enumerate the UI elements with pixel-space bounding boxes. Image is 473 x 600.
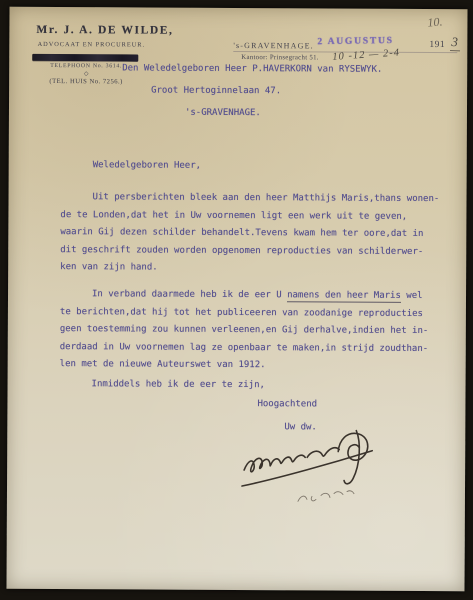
paragraph-2-line: derdaad in Uw voornemen lag ze openbaar … — [60, 339, 440, 358]
dateline-year-handwritten: 3 — [450, 34, 460, 51]
letterhead-home-telephone: (TEL. HUIS No. 7256.) — [31, 78, 141, 86]
dateline-city: 's-GRAVENHAGE. — [233, 41, 314, 50]
paragraph-2-line: In verband daarmede heb ik de eer U name… — [60, 286, 440, 305]
office-hours-handwritten: 10 -12 — 2-4 — [332, 47, 400, 62]
underlined-phrase: namens den heer Maris — [287, 290, 401, 303]
date-stamp: 2 AUGUSTUS — [317, 36, 393, 47]
paragraph-1: Uit persberichten bleek aan den heer Mat… — [60, 189, 440, 278]
pencil-note-handwriting — [295, 489, 357, 507]
recipient-line-3: 's-GRAVENHAGE. — [185, 108, 261, 118]
recipient-line-2: Groot Hertoginnelaan 47. — [151, 86, 281, 97]
paragraph-1-line: dit geschrift zouden worden opgenomen re… — [60, 242, 440, 261]
paragraph-1-line: Uit persberichten bleek aan den heer Mat… — [60, 189, 440, 208]
paragraph-2-line: te berichten,dat hij tot het publiceeren… — [60, 304, 440, 323]
dateline-year-printed: 191 — [429, 40, 445, 50]
paragraph-2-text: In verband daarmede heb ik de eer U — [92, 289, 287, 300]
closing-line-1: Inmiddels heb ik de eer te zijn, — [92, 379, 265, 390]
redaction-bar — [32, 54, 138, 62]
letterhead-title: ADVOCAAT EN PROCUREUR. — [31, 41, 151, 49]
paragraph-1-line: ken van zijn hand. — [60, 259, 440, 278]
salutation: Weledelgeboren Heer, — [93, 160, 201, 171]
recipient-line-1: Den Weledelgeboren Heer P.HAVERKORN van … — [122, 63, 382, 74]
letterhead-name: Mr. J. A. DE WILDE, — [36, 24, 173, 37]
paragraph-1-line: de te Londen,dat het in Uw voornemen lig… — [60, 207, 440, 226]
paragraph-2-line: len met de nieuwe Auteurswet van 1912. — [60, 356, 440, 375]
paragraph-2-text: wel — [401, 291, 423, 301]
scanned-letter-photo: Mr. J. A. DE WILDE, ADVOCAAT EN PROCUREU… — [0, 0, 473, 600]
paragraph-2-line: geen toestemming zou kunnen verleenen,en… — [60, 321, 440, 340]
paragraph-2: In verband daarmede heb ik de eer U name… — [60, 286, 440, 375]
paragraph-1-line: waarin Gij dezen schilder behandelt.Teve… — [60, 224, 440, 243]
office-address-line: Kantoor: Prinsegracht 51. — [241, 54, 319, 61]
closing-line-2: Hoogachtend — [257, 399, 317, 409]
letter-paper: Mr. J. A. DE WILDE, ADVOCAAT EN PROCUREU… — [6, 7, 467, 591]
pencil-page-number: 10. — [427, 14, 443, 30]
